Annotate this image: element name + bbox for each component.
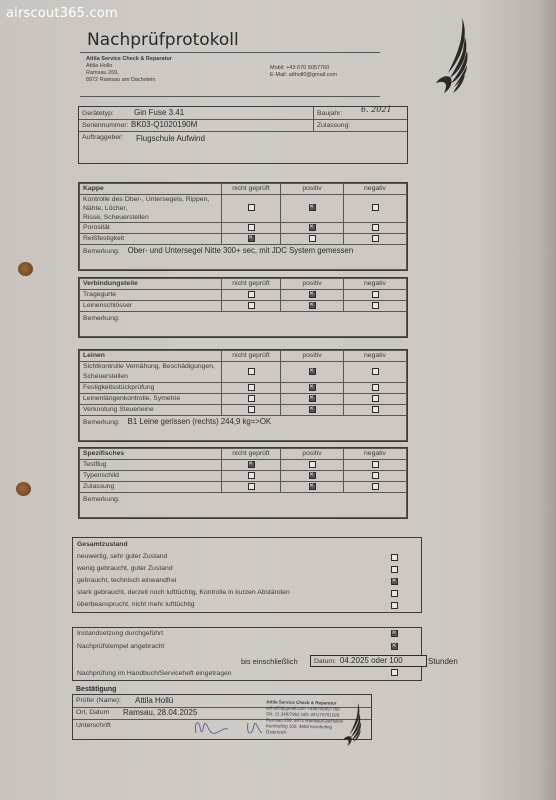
section-title: Kappe xyxy=(80,184,222,195)
street: Ramsau 269, xyxy=(86,70,119,76)
column-header: negativ xyxy=(344,449,407,460)
confirmation-box: Prüfer (Name): Attila Hollü Ort, Datum R… xyxy=(72,694,372,740)
overall-title: Gesamtzustand xyxy=(77,541,128,548)
inspector-label: Prüfer (Name): xyxy=(76,697,121,704)
section-title: Verbindungsteile xyxy=(80,279,222,290)
checkbox-nicht-geprüft[interactable] xyxy=(248,224,255,231)
date-label: Datum: xyxy=(314,658,336,665)
check-row: Zulassung xyxy=(80,482,407,493)
checkbox-nicht-geprüft[interactable] xyxy=(248,406,255,413)
checkbox-negativ[interactable] xyxy=(372,224,379,231)
condition-checkbox[interactable] xyxy=(391,590,398,597)
checkbox-positiv[interactable] xyxy=(309,483,316,490)
stamp-checkbox[interactable] xyxy=(391,643,398,650)
condition-checkbox[interactable] xyxy=(391,602,398,609)
device-type-value: Gin Fuse 3.41 xyxy=(134,108,184,117)
punch-hole xyxy=(18,262,33,276)
row-label: Reißfestigkeit xyxy=(83,235,124,242)
checkbox-nicht-geprüft[interactable] xyxy=(248,291,255,298)
page-title: Nachprüfprotokoll xyxy=(87,30,239,50)
condition-option-label: gebraucht, technisch einwandfrei xyxy=(77,577,176,584)
mobile: Mobil: +43 670 5057760 xyxy=(270,65,329,71)
condition-option-label: wenig gebraucht, guter Zustand xyxy=(77,565,173,572)
check-row: Leinenlängenkontrolle, Symetrie xyxy=(80,394,407,405)
checkbox-nicht-geprüft[interactable] xyxy=(248,368,255,375)
place-date-label: Ort, Datum xyxy=(76,709,109,716)
row-label: Zulassung xyxy=(83,483,114,490)
date-field[interactable]: Datum:04.2025 oder 100 xyxy=(310,655,427,667)
eagle-logo-icon xyxy=(432,15,472,95)
checkbox-negativ[interactable] xyxy=(372,291,379,298)
hours-label: Stunden xyxy=(428,657,458,666)
check-row: Reißfestigkeit xyxy=(80,234,407,245)
check-row: Verknotung Steuerleine xyxy=(80,405,407,416)
remark-label: Bemerkung: xyxy=(83,248,120,255)
check-row: Testflug xyxy=(80,460,407,471)
section-title: Spezifisches xyxy=(80,449,222,460)
company-name: Attila Service Check & Reparatur xyxy=(86,56,172,62)
condition-option-label: neuwertig, sehr guter Zustand xyxy=(77,553,167,560)
column-header: positiv xyxy=(281,449,344,460)
checkbox-positiv[interactable] xyxy=(309,395,316,402)
checkbox-negativ[interactable] xyxy=(372,302,379,309)
row-label: Leinenlängenkontrolle, Symetrie xyxy=(83,395,180,402)
signature xyxy=(188,717,288,739)
column-header: nicht geprüft xyxy=(222,184,281,195)
checkbox-positiv[interactable] xyxy=(309,368,316,375)
check-row: Festigkeitsstückprüfung xyxy=(80,383,407,394)
inspector-value: Attila Hollü xyxy=(135,696,173,705)
client-label: Auftraggeber: xyxy=(82,134,123,141)
remark-label: Bemerkung: xyxy=(83,496,120,503)
row-label: Leinenschlösser xyxy=(83,302,132,309)
section-spezifisches: Spezifischesnicht geprüftpositivnegativT… xyxy=(78,447,408,519)
remark-label: Bemerkung: xyxy=(83,419,120,426)
check-row: Sichtkontrolle Vernähung, Beschädigungen… xyxy=(80,362,407,383)
remark-value: Ober- und Untersegel Nitte 300+ sec, mit… xyxy=(128,246,354,255)
checkbox-negativ[interactable] xyxy=(372,406,379,413)
row-label: Typenschild xyxy=(83,472,119,479)
approval-label: Zulassung: xyxy=(317,122,350,129)
checkbox-negativ[interactable] xyxy=(372,472,379,479)
section-kappe: Kappenicht geprüftpositivnegativKontroll… xyxy=(78,182,408,271)
remark-field[interactable]: Bemerkung:Ober- und Untersegel Nitte 300… xyxy=(79,245,407,270)
device-info-box: Gerätetyp: Gin Fuse 3.41 Baujahr: 6. 202… xyxy=(78,106,408,164)
eagle-stamp-icon xyxy=(335,701,369,747)
checkbox-negativ[interactable] xyxy=(372,204,379,211)
column-header: negativ xyxy=(344,184,407,195)
serial-label: Seriennummer: xyxy=(82,122,128,129)
checkbox-nicht-geprüft[interactable] xyxy=(248,395,255,402)
remark-label: Bemerkung: xyxy=(83,315,120,322)
checkbox-positiv[interactable] xyxy=(309,204,316,211)
row-label: Festigkeitsstückprüfung xyxy=(83,384,154,391)
checkbox-positiv[interactable] xyxy=(309,235,316,242)
remark-field[interactable]: Bemerkung: xyxy=(79,312,407,337)
checkbox-nicht-geprüft[interactable] xyxy=(248,472,255,479)
checkbox-negativ[interactable] xyxy=(372,384,379,391)
watermark: airscout365.com xyxy=(6,6,118,21)
section-leinen: Leinennicht geprüftpositivnegativSichtko… xyxy=(78,349,408,442)
row-label: Tragegurte xyxy=(83,291,116,298)
checkbox-positiv[interactable] xyxy=(309,461,316,468)
year-value: 6. 2021 xyxy=(361,105,392,114)
email: E-Mail: attholl0@gmail.com xyxy=(270,72,337,78)
column-header: positiv xyxy=(281,184,344,195)
place-date-value: Ramsau, 28.04.2025 xyxy=(123,708,197,717)
checkbox-negativ[interactable] xyxy=(372,461,379,468)
checkbox-nicht-geprüft[interactable] xyxy=(248,235,255,242)
column-header: nicht geprüft xyxy=(222,351,281,362)
row-label: Porosität xyxy=(83,224,110,231)
checkbox-positiv[interactable] xyxy=(309,291,316,298)
city: 8972 Ramsau am Dachstein xyxy=(86,77,155,83)
condition-checkbox[interactable] xyxy=(391,578,398,585)
column-header: nicht geprüft xyxy=(222,279,281,290)
overall-condition-box: Gesamtzustand neuwertig, sehr guter Zust… xyxy=(72,537,422,613)
date-value: 04.2025 oder 100 xyxy=(340,656,403,665)
check-row: Porosität xyxy=(80,223,407,234)
stamp-label: Nachprüfstempel angebracht xyxy=(77,643,164,650)
condition-checkbox[interactable] xyxy=(391,566,398,573)
checkbox-positiv[interactable] xyxy=(309,224,316,231)
remark-field[interactable]: Bemerkung: xyxy=(79,493,407,518)
checkbox-nicht-geprüft[interactable] xyxy=(248,483,255,490)
remark-value: B1 Leine gerissen (rechts) 244,9 kg=>OK xyxy=(128,417,271,426)
checkbox-negativ[interactable] xyxy=(372,368,379,375)
remark-field[interactable]: Bemerkung:B1 Leine gerissen (rechts) 244… xyxy=(79,416,407,441)
checkbox-negativ[interactable] xyxy=(372,483,379,490)
column-header: positiv xyxy=(281,351,344,362)
checkbox-nicht-geprüft[interactable] xyxy=(248,461,255,468)
until-label: bis einschließlich xyxy=(241,657,298,666)
condition-option-label: stark gebraucht, derzeit noch lufttüchti… xyxy=(77,589,290,596)
section-title: Leinen xyxy=(80,351,222,362)
repair-box: Instandsetzung durchgeführt Nachprüfstem… xyxy=(72,627,422,681)
checkbox-negativ[interactable] xyxy=(372,235,379,242)
checkbox-positiv[interactable] xyxy=(309,384,316,391)
checkbox-positiv[interactable] xyxy=(309,302,316,309)
check-row: Tragegurte xyxy=(80,290,407,301)
checkbox-nicht-geprüft[interactable] xyxy=(248,302,255,309)
row-label: Kontrolle des Ober-, Untersegels, Rippen… xyxy=(83,196,209,212)
repair-done-checkbox[interactable] xyxy=(391,630,398,637)
column-header: negativ xyxy=(344,279,407,290)
confirmation-title: Bestätigung xyxy=(76,686,116,693)
client-value: Flugschule Aufwind xyxy=(136,134,205,143)
check-row: Kontrolle des Ober-, Untersegels, Rippen… xyxy=(80,195,407,223)
checkbox-nicht-geprüft[interactable] xyxy=(248,384,255,391)
condition-option-label: überbeansprucht, nicht mehr lufttüchtig xyxy=(77,601,195,608)
section-verbindungsteile: Verbindungsteilenicht geprüftpositivnega… xyxy=(78,277,408,338)
checkbox-positiv[interactable] xyxy=(309,472,316,479)
condition-checkbox[interactable] xyxy=(391,554,398,561)
checkbox-negativ[interactable] xyxy=(372,395,379,402)
owner-name: Attila Hollo xyxy=(86,63,112,69)
checkbox-nicht-geprüft[interactable] xyxy=(248,204,255,211)
manual-checkbox[interactable] xyxy=(391,669,398,676)
checkbox-positiv[interactable] xyxy=(309,406,316,413)
serial-value: BK03-Q1020190M xyxy=(131,120,197,129)
repair-done-label: Instandsetzung durchgeführt xyxy=(77,630,163,637)
year-label: Baujahr: xyxy=(317,110,342,117)
row-label-2: Risse, Scheuerstellen xyxy=(83,214,149,221)
check-row: Typenschild xyxy=(80,471,407,482)
company-header: Attila Service Check & Reparatur Attila … xyxy=(80,52,380,97)
column-header: negativ xyxy=(344,351,407,362)
manual-label: Nachprüfung im Handbuch/Serviceheft eing… xyxy=(77,670,232,677)
row-label: Sichtkontrolle Vernähung, Beschädigungen… xyxy=(83,363,215,380)
check-row: Leinenschlösser xyxy=(80,301,407,312)
device-type-label: Gerätetyp: xyxy=(82,110,114,117)
punch-hole xyxy=(16,482,31,496)
signature-label: Unterschrift xyxy=(76,722,111,729)
row-label: Testflug xyxy=(83,461,106,468)
row-label: Verknotung Steuerleine xyxy=(83,406,154,413)
